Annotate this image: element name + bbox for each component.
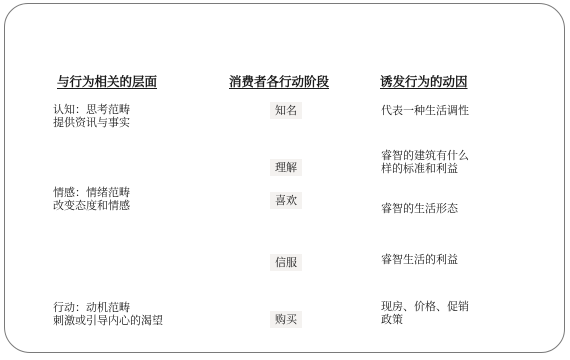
aspect-title: 情感：情绪范畴 [53,186,130,199]
motive-3: 睿智的生活形态 [381,202,458,215]
motive-text: 政策 [381,313,469,326]
motive-1: 代表一种生活调性 [381,104,469,117]
motive-text: 样的标准和利益 [381,162,469,175]
motive-2: 睿智的建筑有什么 样的标准和利益 [381,149,469,175]
aspect-desc: 改变态度和情感 [53,199,130,212]
motive-text: 代表一种生活调性 [381,104,469,117]
aspect-title: 行动：动机范畴 [53,301,163,314]
motive-5: 现房、价格、促销 政策 [381,300,469,326]
header-aspect: 与行为相关的层面 [57,72,157,90]
motive-4: 睿智生活的利益 [381,253,458,266]
aspect-desc: 提供资讯与事实 [53,116,130,129]
aspect-action: 行动：动机范畴 刺激或引导内心的渴望 [53,301,163,327]
aspect-desc: 刺激或引导内心的渴望 [53,314,163,327]
stage-awareness: 知名 [270,102,302,119]
motive-text: 睿智生活的利益 [381,253,458,266]
stage-understanding: 理解 [270,159,302,176]
aspect-title: 认知：思考范畴 [53,103,130,116]
motive-text: 睿智的生活形态 [381,202,458,215]
motive-text: 现房、价格、促销 [381,300,469,313]
aspect-cognition: 认知：思考范畴 提供资讯与事实 [53,103,130,129]
header-motive: 诱发行为的动因 [380,72,468,90]
stage-conviction: 信服 [270,254,302,271]
stage-liking: 喜欢 [270,192,302,209]
stage-purchase: 购买 [270,311,302,328]
header-stage: 消费者各行动阶段 [229,72,329,90]
motive-text: 睿智的建筑有什么 [381,149,469,162]
aspect-emotion: 情感：情绪范畴 改变态度和情感 [53,186,130,212]
